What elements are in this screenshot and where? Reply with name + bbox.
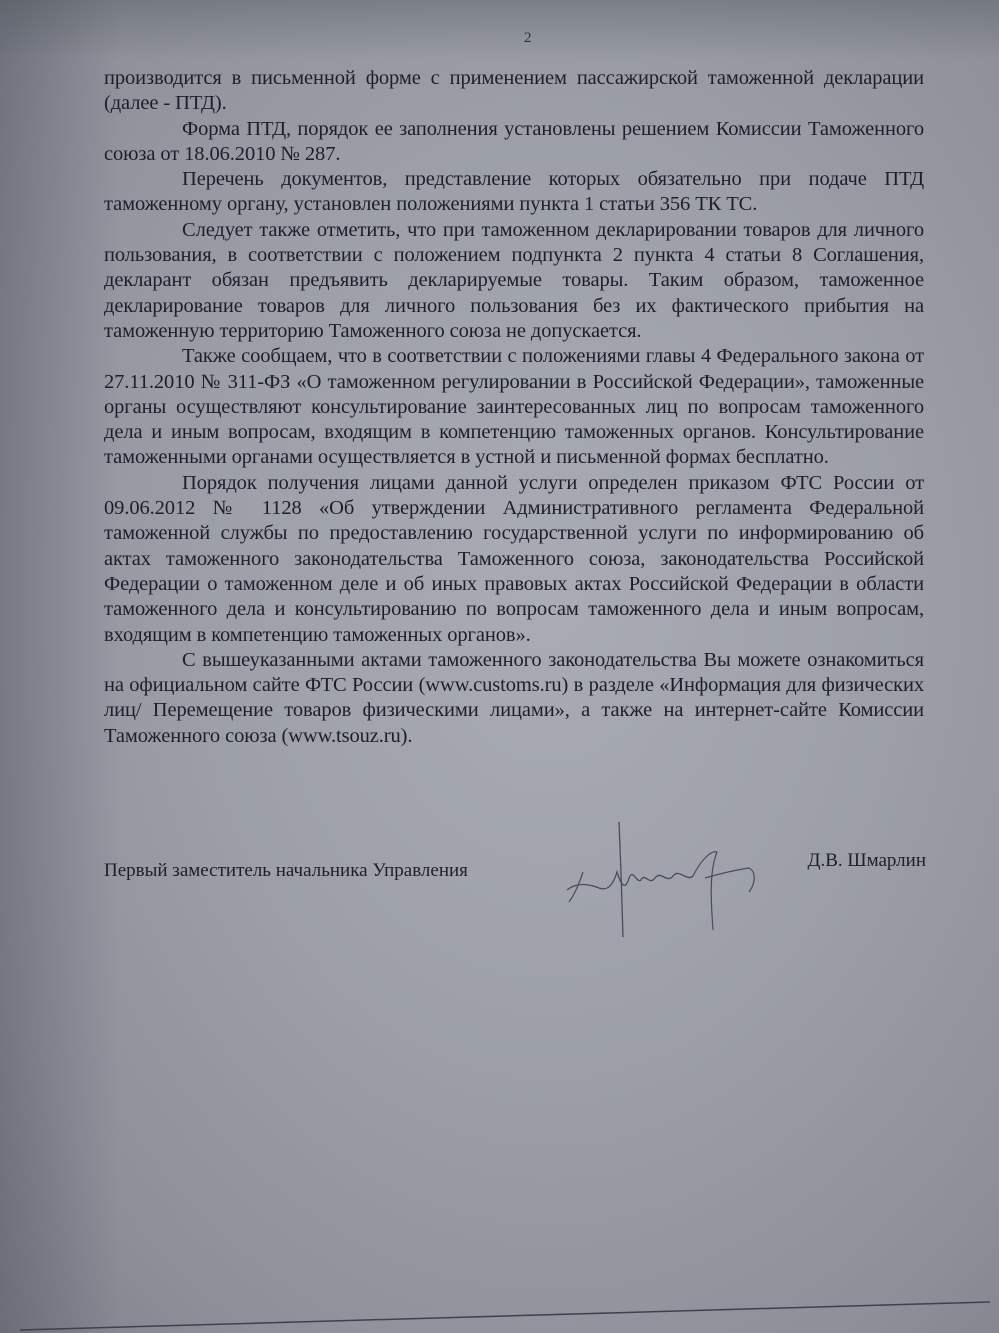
page-number: 2: [524, 30, 532, 47]
page-edge-line: [0, 1250, 999, 1333]
signature-block: Первый заместитель начальника Управления…: [104, 852, 926, 962]
paragraph-ptd-intro: производится в письменной форме с примен…: [104, 66, 924, 117]
photo-shadow-left: [0, 0, 120, 1333]
paragraph-consulting: Также сообщаем, что в соответствии с пол…: [104, 344, 924, 470]
paragraph-ptd-form: Форма ПТД, порядок ее заполнения установ…: [104, 117, 924, 168]
signer-name: Д.В. Шмарлин: [808, 850, 926, 872]
paragraph-websites: С вышеуказанными актами таможенного зако…: [104, 648, 924, 749]
paragraph-documents-list: Перечень документов, представление котор…: [104, 167, 924, 218]
paragraph-goods-presentation: Следует также отметить, что при таможенн…: [104, 218, 924, 344]
photo-shadow-top: [0, 0, 999, 60]
handwritten-signature-icon: [559, 812, 789, 952]
paragraph-service-order: Порядок получения лицами данной услуги о…: [104, 471, 924, 648]
letter-body: производится в письменной форме с примен…: [104, 66, 924, 749]
signer-title: Первый заместитель начальника Управления: [104, 860, 468, 882]
